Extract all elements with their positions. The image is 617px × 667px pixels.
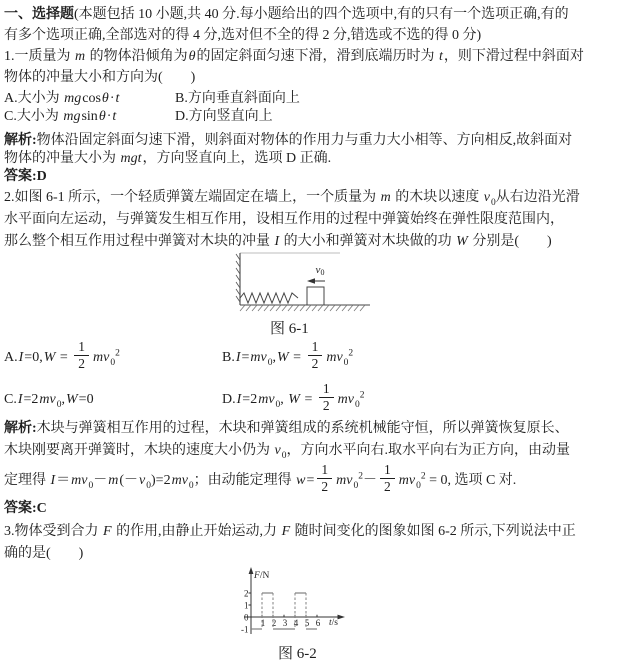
- text-line: 有多个选项正确,全部选对的得 4 分,选对但不全的得 2 分,错选或不选的得 0…: [4, 26, 481, 46]
- wall-hatch: [236, 268, 240, 274]
- text-line: 答案:D: [4, 167, 47, 187]
- wall-hatch: [236, 289, 240, 295]
- text-line: 解析:木块与弹簧相互作用的过程，木块和弹簧组成的系统机械能守恒，所以弹簧恢复原长…: [4, 419, 569, 439]
- ground-hatch: [264, 305, 269, 311]
- text-line: 那么整个相互作用过程中弹簧对木块的冲量 I 的大小和弹簧对木块做的功 W 分别是…: [4, 232, 552, 252]
- figure-6-2-force-time-graph: F/Nt/s210-1123456: [238, 566, 358, 638]
- text-line: 物体的冲量大小和方向为( ): [4, 68, 195, 88]
- ground-hatch: [276, 305, 281, 311]
- ground-hatch: [354, 305, 359, 311]
- text-line: 一、选择题(本题包括 10 小题,共 40 分.每小题给出的四个选项中,有的只有…: [4, 5, 569, 25]
- ground-hatch: [270, 305, 275, 311]
- fraction: 12: [317, 462, 332, 495]
- ground-hatch: [348, 305, 353, 311]
- ground-hatch: [282, 305, 287, 311]
- fraction: 12: [74, 339, 89, 372]
- y-axis-arrowhead: [249, 567, 254, 574]
- y-tick-label: 0: [244, 613, 249, 623]
- ground-hatch: [336, 305, 341, 311]
- velocity-arrowhead: [307, 278, 315, 284]
- ground-hatch: [288, 305, 293, 311]
- text-line: 水平面向左运动，与弹簧发生相互作用，设相互作用的过程中弹簧始终在弹性限度范围内，: [4, 210, 564, 230]
- wall-hatch: [236, 254, 240, 260]
- x-tick-label: 6: [316, 618, 321, 628]
- velocity-label: v0: [316, 264, 325, 277]
- text-line: C.大小为 mgsinθ·t: [4, 107, 117, 127]
- ground-hatch: [360, 305, 365, 311]
- text-line: 答案:C: [4, 499, 47, 519]
- ground-hatch: [342, 305, 347, 311]
- text-line: 定理得 I＝mv0－m(－v0)=2mv0；由动能定理得 w=12mv02－12…: [4, 463, 516, 499]
- x-tick-label: 3: [283, 618, 288, 628]
- text-line: 木块刚要离开弹簧时，木块的速度大小仍为 v0，方向水平向右.取水平向右为正方向，…: [4, 441, 570, 461]
- y-axis-label: F/N: [253, 571, 269, 581]
- x-tick-label: 2: [272, 618, 277, 628]
- ground-hatch: [306, 305, 311, 311]
- ground-hatch: [312, 305, 317, 311]
- fraction: 12: [319, 381, 334, 414]
- fraction: 12: [308, 339, 323, 372]
- y-tick-label: -1: [241, 625, 249, 635]
- text-line: 2.如图 6-1 所示，一个轻质弹簧左端固定在墙上，一个质量为 m 的木块以速度…: [4, 188, 580, 208]
- figure-6-1-caption: 图 6-1: [270, 317, 309, 338]
- ground-hatch: [240, 305, 245, 311]
- text-line: A.I=0,W = 12mv02: [4, 340, 120, 376]
- y-tick-label: 1: [244, 601, 249, 611]
- fraction: 12: [380, 462, 395, 495]
- wall-hatch: [236, 275, 240, 281]
- exam-document-page: 一、选择题(本题包括 10 小题,共 40 分.每小题给出的四个选项中,有的只有…: [0, 0, 617, 667]
- x-tick-label: 1: [261, 618, 266, 628]
- ground-hatch: [330, 305, 335, 311]
- ground-hatch: [252, 305, 257, 311]
- figure-6-2-caption: 图 6-2: [278, 642, 317, 663]
- x-axis-label: t/s: [329, 618, 338, 628]
- ground-hatch: [318, 305, 323, 311]
- x-axis-arrowhead: [338, 615, 346, 620]
- ground-hatch: [324, 305, 329, 311]
- text-line: 确的是( ): [4, 544, 83, 564]
- ground-hatch: [246, 305, 251, 311]
- text-line: B.I=mv0,W = 12mv02: [222, 340, 353, 376]
- text-line: 1.一质量为 m 的物体沿倾角为θ的固定斜面匀速下滑，滑到底端历时为 t，则下滑…: [4, 47, 584, 67]
- figure-6-1-spring-block-diagram: v0: [236, 250, 386, 314]
- text-line: C.I=2mv0,W=0: [4, 382, 94, 418]
- wall-hatch: [236, 261, 240, 267]
- spring-coil: [240, 293, 298, 303]
- wall-hatch: [236, 296, 240, 302]
- block: [307, 287, 324, 305]
- text-line: 3.物体受到合力 F 的作用,由静止开始运动,力 F 随时间变化的图象如图 6-…: [4, 522, 576, 542]
- text-line: D.方向竖直向上: [175, 107, 273, 127]
- text-line: B.方向垂直斜面向上: [175, 89, 300, 109]
- ground-hatch: [294, 305, 299, 311]
- ground-hatch: [300, 305, 305, 311]
- y-tick-label: 2: [244, 589, 249, 599]
- text-line: 物体的冲量大小为 mgt，方向竖直向上，选项 D 正确.: [4, 149, 331, 169]
- ground-hatch: [258, 305, 263, 311]
- text-line: D.I=2mv0, W = 12mv02: [222, 382, 364, 418]
- wall-hatch: [236, 282, 240, 288]
- text-line: A.大小为 mgcosθ·t: [4, 89, 120, 109]
- text-line: 解析:物体沿固定斜面匀速下滑，则斜面对物体的作用力与重力大小相等、方向相反,故斜…: [4, 131, 572, 151]
